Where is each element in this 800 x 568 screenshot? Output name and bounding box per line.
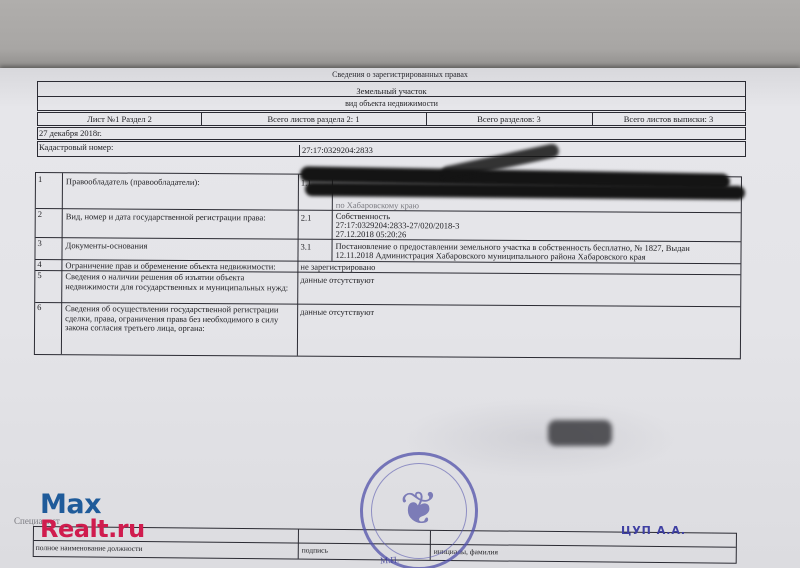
row-2-number: 2 (38, 210, 42, 220)
row-3-label: Документы-основания (66, 241, 294, 252)
cadastral-label: Кадастровый номер: (39, 143, 289, 153)
row-2-label: Вид, номер и дата государственной регист… (66, 212, 298, 223)
seal-mark: М.П. (380, 554, 400, 565)
date-row: 27 декабря 2018г. (37, 127, 746, 140)
position-caption: полное наименование должности (36, 543, 143, 554)
row-5-number: 5 (37, 271, 41, 281)
section-sheets-total: Всего листов раздела 2: 1 (201, 115, 426, 125)
object-type-caption: вид объекта недвижимости (38, 99, 745, 109)
rights-table: 1 Правообладатель (правообладатели): 1.1… (34, 172, 742, 359)
row-1-number: 1 (38, 175, 42, 185)
signature-caption: подпись (302, 546, 328, 556)
row-5-label: Сведения о наличии решения об изъятии об… (65, 272, 293, 292)
row-1-label: Правообладатель (правообладатели): (66, 177, 294, 188)
photo-background (0, 0, 800, 70)
double-headed-eagle-icon: ❦ (391, 479, 447, 537)
row-6-value: данные отсутствуют (300, 308, 600, 319)
cadastral-row: Кадастровый номер: 27:17:0329204:2833 (37, 141, 746, 157)
sections-total: Всего разделов: 3 (426, 115, 592, 125)
extract-sheets-total: Всего листов выписки: 3 (592, 115, 745, 125)
row-3-sub: 3.1 (301, 243, 312, 253)
row-6-label: Сведения об осуществлении государственно… (65, 304, 285, 334)
signer-name-stamp: ЦУП А.А. (621, 524, 686, 537)
extract-date: 27 декабря 2018г. (39, 129, 339, 139)
row-4-number: 4 (37, 260, 41, 270)
row-2-sub: 2.1 (301, 214, 312, 224)
official-seal: ❦ (360, 452, 478, 568)
ink-smudge (548, 420, 612, 446)
watermark-realt: Realt.ru (40, 515, 145, 543)
object-type-box: Земельный участок вид объекта недвижимос… (37, 81, 746, 111)
row-5-value: данные отсутствуют (300, 276, 600, 287)
row-3-number: 3 (38, 239, 42, 249)
sheet-info-row: Лист №1 Раздел 2 Всего листов раздела 2:… (37, 112, 746, 126)
row-6-number: 6 (37, 303, 41, 313)
document-title: Сведения о зарегистрированных правах (0, 70, 800, 79)
sheet-section: Лист №1 Раздел 2 (38, 115, 201, 125)
cadastral-number: 27:17:0329204:2833 (302, 146, 502, 156)
